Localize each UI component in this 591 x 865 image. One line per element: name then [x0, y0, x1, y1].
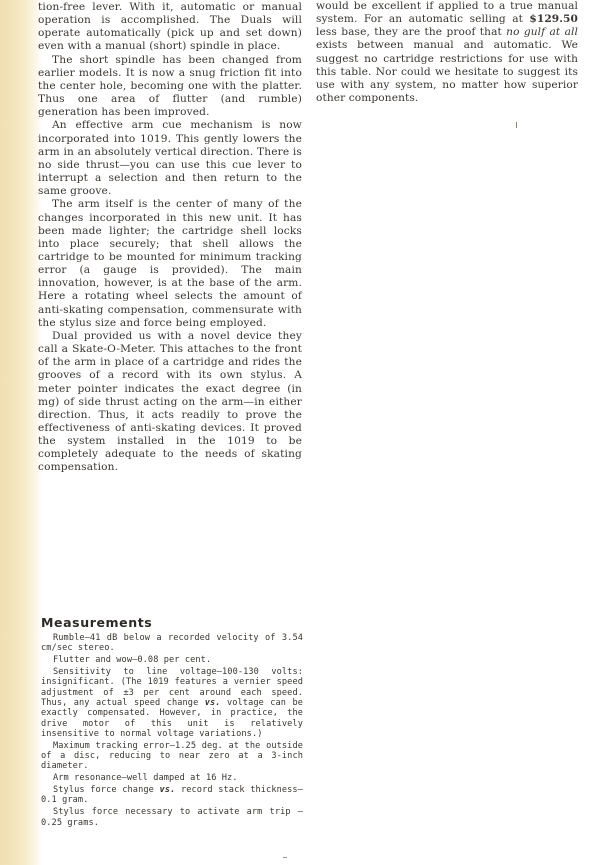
- paragraph-arm: The arm itself is the center of many of …: [38, 198, 302, 330]
- measurements-heading: Measurements: [41, 615, 152, 630]
- left-column: tion-free lever. With it, automatic or m…: [38, 0, 302, 475]
- measurements-list: Rumble—41 dB below a recorded velocity o…: [41, 633, 303, 830]
- paragraph-lever: tion-free lever. With it, automatic or m…: [38, 1, 302, 54]
- print-dash: [283, 857, 287, 858]
- measurement-stylus-force-change: Stylus force change vs. record stack thi…: [41, 785, 303, 806]
- paragraph-cue-mechanism: An effective arm cue mechanism is now in…: [38, 119, 302, 198]
- paper-edge-discoloration: [0, 0, 42, 865]
- vs-label-2: vs.: [160, 785, 176, 795]
- emphasis-no-gulf: no gulf at all: [506, 26, 578, 38]
- measurement-arm-resonance: Arm resonance—well damped at 16 Hz.: [41, 773, 303, 783]
- print-mark: [516, 122, 517, 128]
- measurement-line-voltage: Sensitivity to line voltage—100-130 volt…: [41, 667, 303, 739]
- paragraph-skate-o-meter: Dual provided us with a novel device the…: [38, 330, 302, 475]
- price: $129.50: [529, 13, 578, 25]
- measurement-flutter-wow: Flutter and wow—0.08 per cent.: [41, 655, 303, 665]
- paragraph-spindle: The short spindle has been changed from …: [38, 54, 302, 120]
- vs-label: vs.: [205, 698, 221, 708]
- conclusion-text-3: exists between manual and automatic. We …: [316, 39, 578, 104]
- conclusion-text-2: less base, they are the proof that: [316, 26, 506, 38]
- right-column: would be excellent if applied to a true …: [316, 0, 578, 105]
- paragraph-conclusion: would be excellent if applied to a true …: [316, 0, 578, 105]
- stylus-force-text: Stylus force change: [53, 785, 154, 795]
- measurement-arm-trip-force: Stylus force necessary to activate arm t…: [41, 807, 303, 828]
- measurement-rumble: Rumble—41 dB below a recorded velocity o…: [41, 633, 303, 654]
- measurement-tracking-error: Maximum tracking error—1.25 deg. at the …: [41, 741, 303, 772]
